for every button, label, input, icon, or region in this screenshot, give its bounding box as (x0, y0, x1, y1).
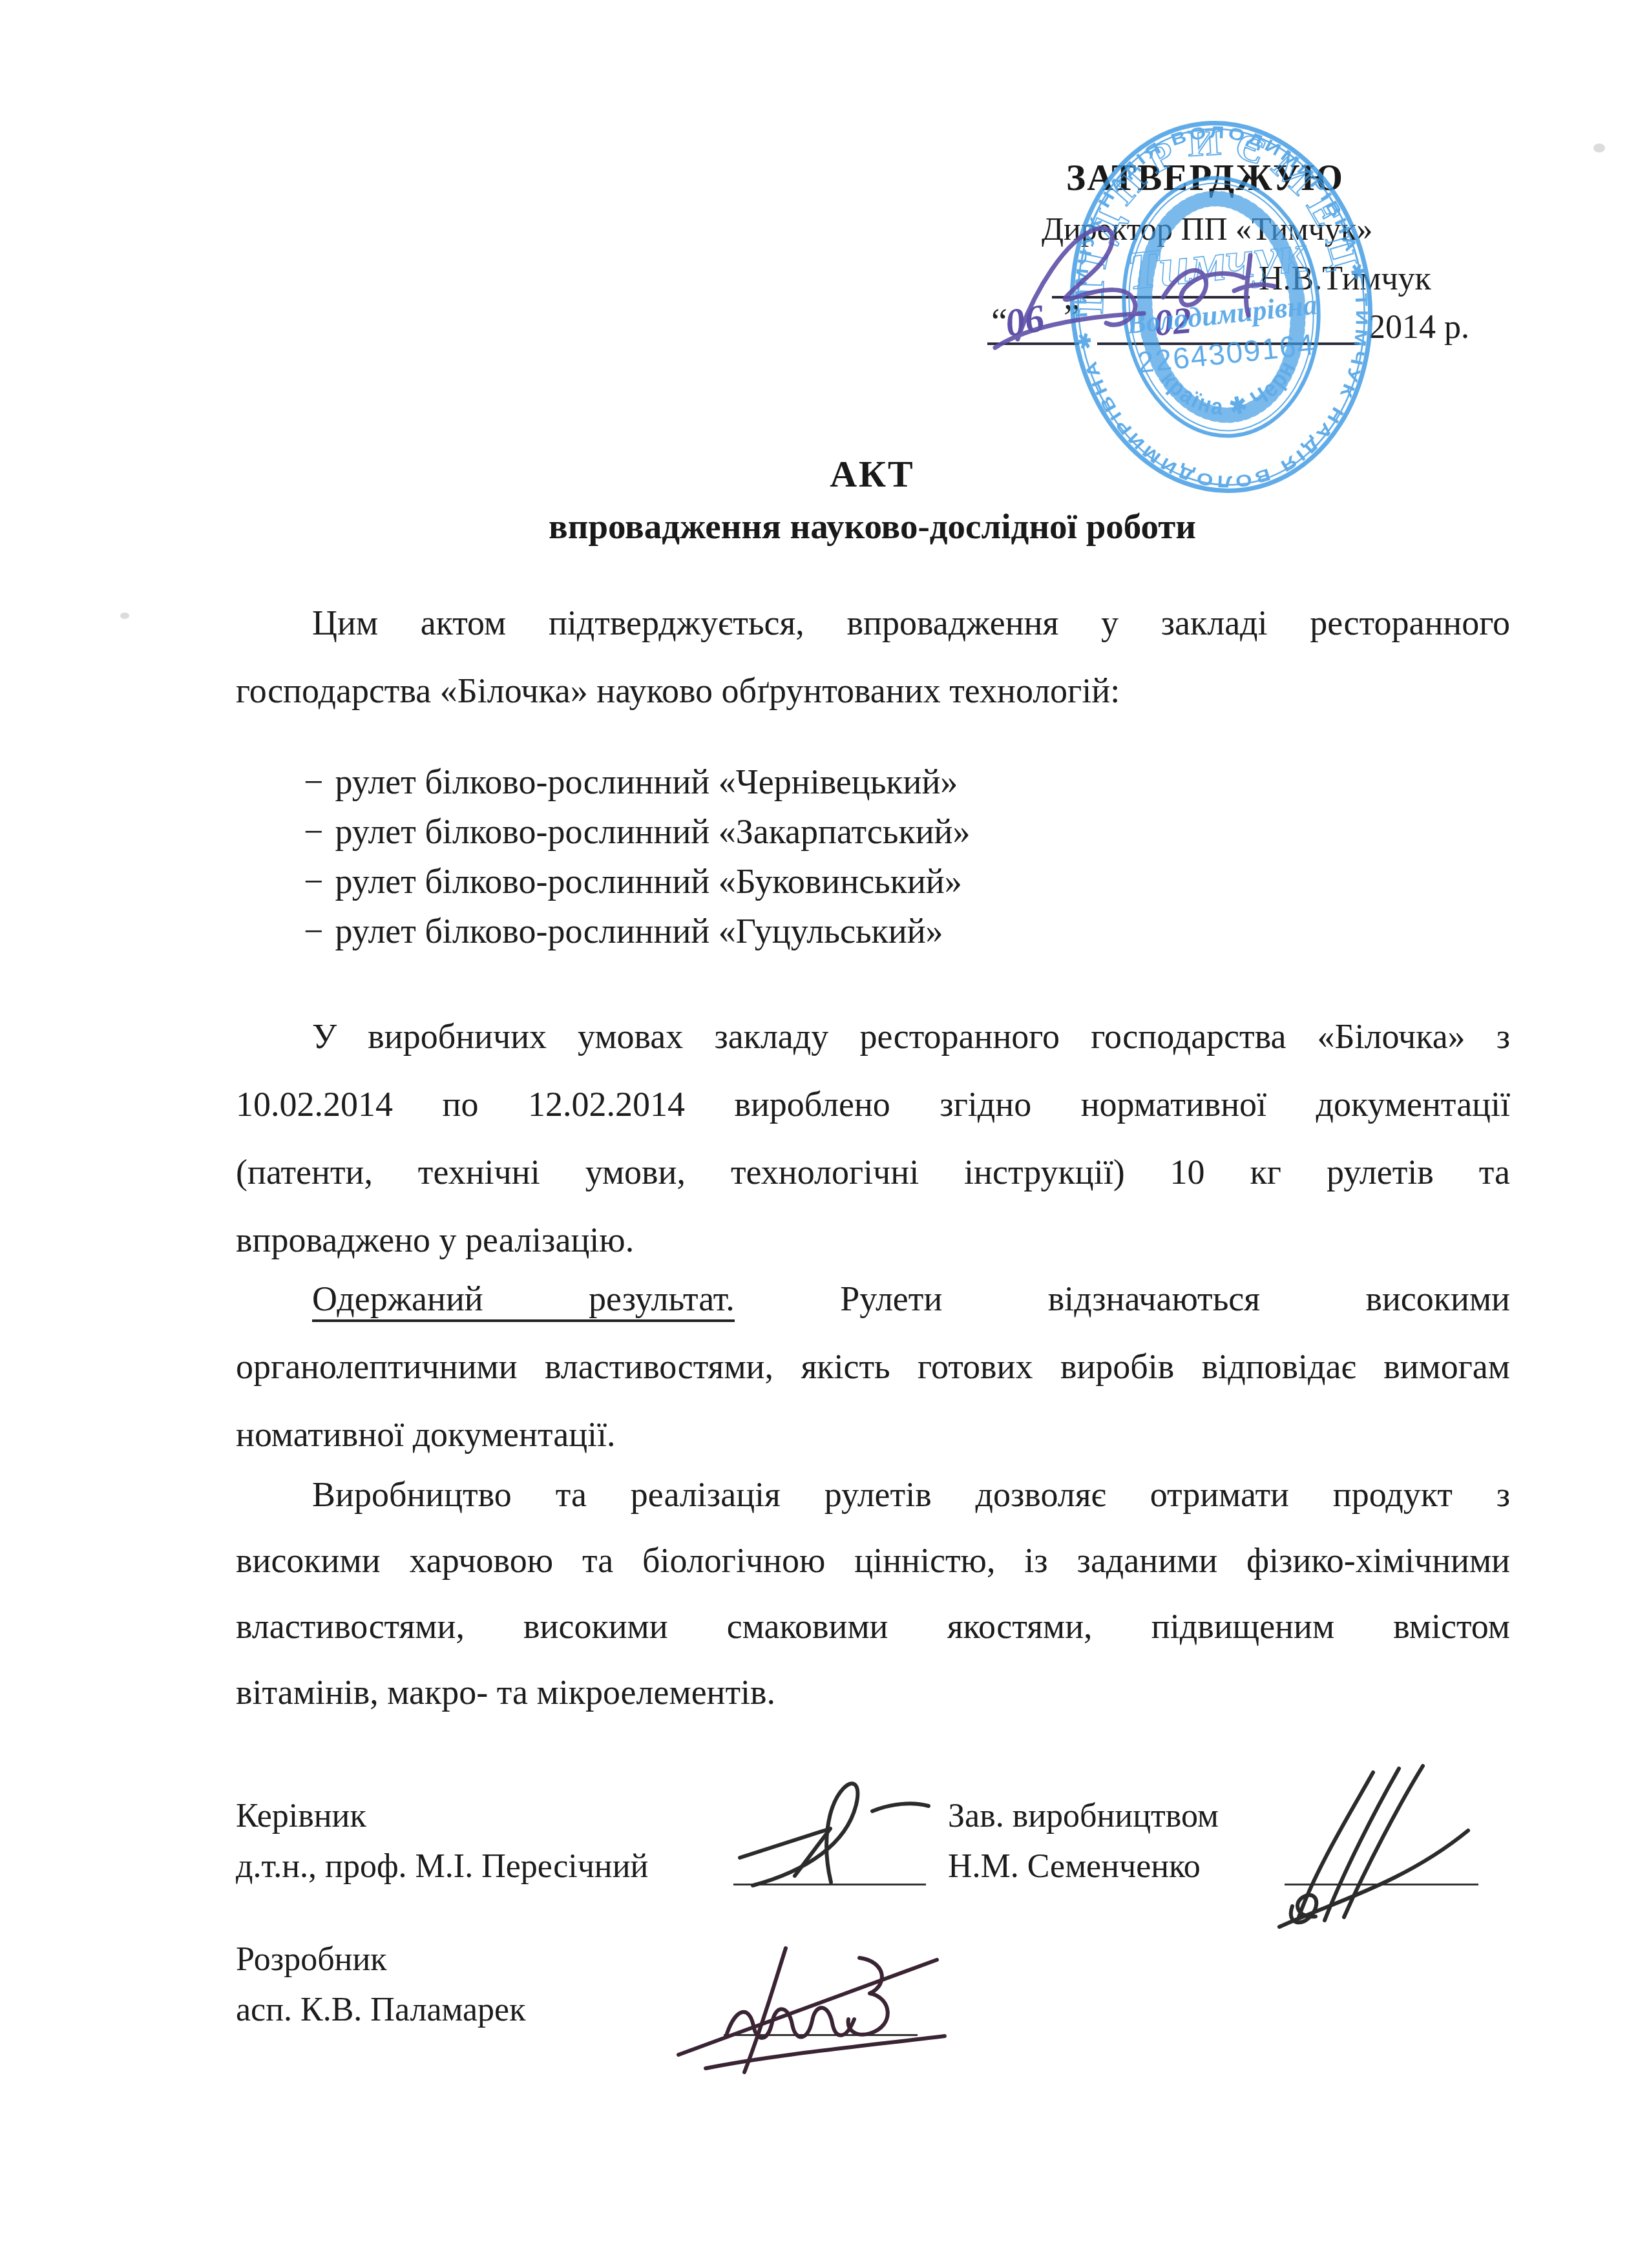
supervisor-signature (711, 1767, 963, 1896)
paragraph-production-line3: (патенти, технічні умови, технологічні і… (236, 1139, 1510, 1206)
paragraph-result-line1: Одержаний результат. Рулети відзначаютьс… (236, 1265, 1510, 1333)
paragraph-production-line4: впроваджено у реалізацію. (236, 1206, 1510, 1274)
director-signature (956, 194, 1383, 368)
document-page: { "header": { "approve_label": "ЗАТВЕРДЖ… (0, 0, 1649, 2268)
list-item-text: рулет білково-рослинний «Закарпатський» (335, 812, 970, 851)
paragraph-conclusion-line1: Виробництво та реалізація рулетів дозвол… (236, 1462, 1510, 1528)
production-signature (1254, 1754, 1518, 1942)
technology-list: −рулет білково-рослинний «Чернівецький» … (304, 757, 1273, 956)
result-line1-rest: Рулети відзначаються високими (840, 1279, 1510, 1318)
paragraph-conclusion-line4: вітамінів, макро- та мікроелементів. (236, 1659, 1510, 1725)
list-item: −рулет білково-рослинний «Буковинський» (304, 857, 1273, 907)
list-item-text: рулет білково-рослинний «Гуцульський» (335, 912, 943, 950)
paragraph-conclusion: Виробництво та реалізація рулетів дозвол… (236, 1462, 1510, 1725)
paragraph-intro: Цим актом підтверджується, впровадження … (236, 589, 1510, 725)
paragraph-conclusion-line2: високими харчовою та біологічною цінніст… (236, 1528, 1510, 1593)
document-title: АКТ (236, 452, 1509, 496)
list-dash: − (304, 862, 335, 901)
list-item-text: рулет білково-рослинний «Чернівецький» (335, 762, 958, 801)
scan-speck (1593, 143, 1605, 152)
paragraph-intro-line2: господарства «Білочка» науково обґрунтов… (236, 657, 1510, 725)
paragraph-conclusion-line3: властивостями, високими смаковими якостя… (236, 1593, 1510, 1659)
developer-signature (666, 1922, 963, 2084)
scan-speck (120, 613, 129, 619)
list-item: −рулет білково-рослинний «Гуцульський» (304, 907, 1273, 956)
paragraph-result-line2: органолептичними властивостями, якість г… (236, 1333, 1510, 1401)
paragraph-intro-line1: Цим актом підтверджується, впровадження … (236, 589, 1510, 657)
paragraph-production: У виробничих умовах закладу ресторанного… (236, 1003, 1510, 1274)
paragraph-production-line1: У виробничих умовах закладу ресторанного… (236, 1003, 1510, 1071)
result-underlined-lead: Одержаний результат. (312, 1279, 735, 1322)
paragraph-result-line3: номативної документації. (236, 1401, 1510, 1469)
list-dash: − (304, 912, 335, 950)
document-subtitle: впровадження науково-дослідної роботи (236, 506, 1509, 547)
list-item-text: рулет білково-рослинний «Буковинський» (335, 862, 961, 901)
paragraph-production-line2: 10.02.2014 по 12.02.2014 вироблено згідн… (236, 1071, 1510, 1139)
list-item: −рулет білково-рослинний «Чернівецький» (304, 757, 1273, 807)
list-dash: − (304, 812, 335, 851)
paragraph-result: Одержаний результат. Рулети відзначаютьс… (236, 1265, 1510, 1469)
list-item: −рулет білково-рослинний «Закарпатський» (304, 807, 1273, 857)
list-dash: − (304, 762, 335, 801)
